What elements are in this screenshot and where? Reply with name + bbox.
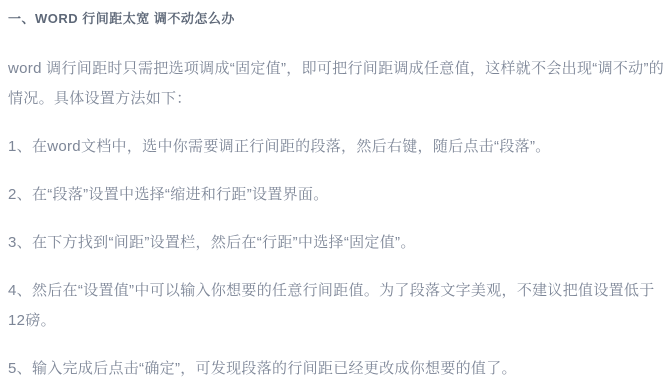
article-title: 一、WORD 行间距太宽 调不动怎么办: [8, 10, 666, 27]
step-paragraph-3: 3、在下方找到“间距”设置栏，然后在“行距”中选择“固定值”。: [8, 228, 666, 258]
step-paragraph-1: 1、在word文档中，选中你需要调正行间距的段落，然后右键，随后点击“段落”。: [8, 132, 666, 162]
article-intro-paragraph: word 调行间距时只需把选项调成“固定值”，即可把行间距调成任意值，这样就不会…: [8, 54, 666, 114]
step-paragraph-2: 2、在“段落”设置中选择“缩进和行距”设置界面。: [8, 180, 666, 210]
step-paragraph-4: 4、然后在“设置值”中可以输入你想要的任意行间距值。为了段落文字美观，不建议把值…: [8, 276, 666, 336]
step-paragraph-5: 5、输入完成后点击“确定”，可发现段落的行间距已经更改成你想要的值了。: [8, 354, 666, 381]
article-page: 一、WORD 行间距太宽 调不动怎么办 word 调行间距时只需把选项调成“固定…: [0, 0, 672, 381]
